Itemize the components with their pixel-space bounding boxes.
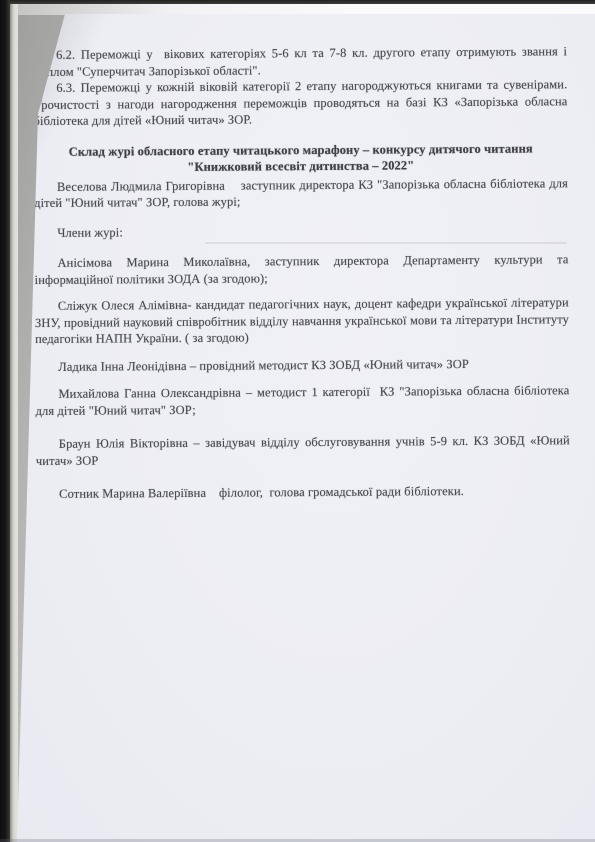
scanner-left-shadow: [10, 0, 18, 842]
scan-artifact-streak: [205, 242, 567, 244]
member-entry-braun: Браун Юлія Вікторівна – завідувач відділ…: [36, 432, 570, 469]
paper-sheet: 6.2. Переможці у вікових категоріях 5-6 …: [10, 14, 595, 842]
scanner-top-band: [6, 4, 595, 15]
paragraph-6-2: 6.2. Переможці у вікових категоріях 5-6 …: [33, 43, 567, 80]
jury-head-entry: Веселова Людмила Григорівна заступник ди…: [34, 175, 568, 212]
jury-heading-title: Склад журі обласного етапу читацького ма…: [65, 140, 537, 160]
jury-heading: Склад журі обласного етапу читацького ма…: [34, 140, 568, 177]
scanner-left-edge: [0, 0, 10, 842]
member-entry-ladyka: Ладика Інна Леонідівна – провідний метод…: [35, 355, 569, 375]
member-entry-slizhuk: Сліжук Олеся Алімівна- кандидат педагогі…: [35, 294, 569, 347]
member-entry-sotnyk: Сотник Марина Валеріївна філолог, голова…: [36, 482, 570, 502]
scanner-top-edge: [0, 0, 595, 4]
paragraph-6-3: 6.3. Переможці у кожній віковій категорі…: [33, 76, 567, 129]
members-label: Члени журі:: [34, 221, 568, 241]
scanned-page: 6.2. Переможці у вікових категоріях 5-6 …: [0, 0, 595, 842]
member-entry-anisimova: Анісімова Марина Миколаївна, заступник д…: [34, 251, 568, 288]
document-body: 6.2. Переможці у вікових категоріях 5-6 …: [33, 43, 570, 502]
member-entry-mykhailova: Михайлова Ганна Олександрівна – методист…: [35, 382, 569, 419]
